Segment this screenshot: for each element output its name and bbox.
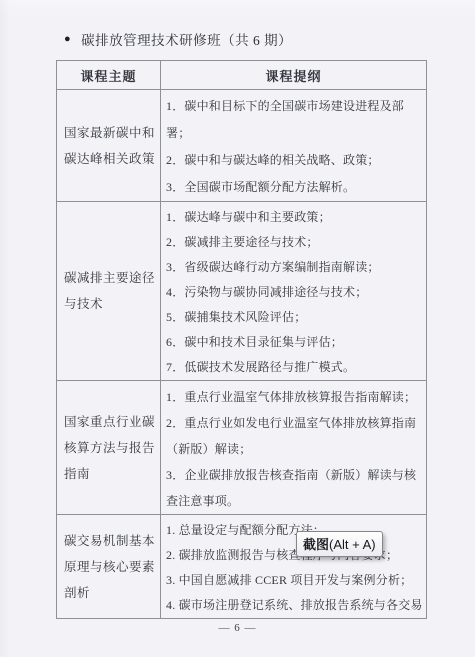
topic-line: 碳达峰相关政策 xyxy=(64,146,158,172)
outline-item: 2. 碳排放监测报告与核查程序与内容要求； xyxy=(166,543,424,568)
tooltip-label: 截图 xyxy=(303,537,329,552)
topic-cell: 碳减排主要途径 与技术 xyxy=(57,202,161,381)
page-number: — 6 — xyxy=(0,622,475,634)
topic-line: 国家重点行业碳 xyxy=(64,409,158,435)
table-row: 碳减排主要途径 与技术 1．碳达峰与碳中和主要政策； 2．碳减排主要途径与技术；… xyxy=(57,202,427,381)
page-title: ● 碳排放管理技术研修班（共 6 期） xyxy=(64,29,292,49)
outline-item: 3. 中国自愿减排 CCER 项目开发与案例分析； xyxy=(166,568,424,593)
topic-line: 碳减排主要途径 xyxy=(64,265,158,291)
bullet-icon: ● xyxy=(64,34,71,45)
topic-line: 原理与核心要素 xyxy=(64,554,158,580)
table-header-row: 课程主题 课程提纲 xyxy=(57,61,427,90)
topic-line: 国家最新碳中和 xyxy=(64,120,158,146)
topic-line: 指南 xyxy=(64,461,158,487)
topic-cell: 碳交易机制基本 原理与核心要素 剖析 xyxy=(57,515,161,619)
topic-cell: 国家重点行业碳 核算方法与报告 指南 xyxy=(57,381,161,515)
column-header-outline: 课程提纲 xyxy=(161,61,427,90)
topic-line: 剖析 xyxy=(64,580,158,606)
outline-item: 3．企业碳排放报告核查指南（新版）解读与核查注意事项。 xyxy=(166,462,424,514)
column-header-topic: 课程主题 xyxy=(57,61,161,90)
topic-line: 与技术 xyxy=(64,291,158,317)
screenshot-tooltip: 截图(Alt + A) xyxy=(296,531,383,557)
outline-item: 3．省级碳达峰行动方案编制指南解读； xyxy=(166,255,424,280)
outline-cell: 1. 总量设定与配额分配方法； 2. 碳排放监测报告与核查程序与内容要求； 3.… xyxy=(161,515,427,619)
topic-line: 核算方法与报告 xyxy=(64,435,158,461)
outline-item: 6．碳中和技术目录征集与评估； xyxy=(166,330,424,355)
outline-item: 3．全国碳市场配额分配方法解析。 xyxy=(166,174,424,201)
outline-item: 5．碳捕集技术风险评估； xyxy=(166,305,424,330)
outline-item: 1．碳达峰与碳中和主要政策； xyxy=(166,205,424,230)
outline-item: 2．碳减排主要途径与技术； xyxy=(166,230,424,255)
outline-item: 4. 碳市场注册登记系统、排放报告系统与各交易 xyxy=(166,593,424,618)
outline-cell: 1．碳中和目标下的全国碳市场建设进程及部署； 2．碳中和与碳达峰的相关战略、政策… xyxy=(161,90,427,202)
outline-cell: 1．碳达峰与碳中和主要政策； 2．碳减排主要途径与技术； 3．省级碳达峰行动方案… xyxy=(161,202,427,381)
tooltip-shortcut: (Alt + A) xyxy=(329,537,376,552)
outline-item: 1. 总量设定与配额分配方法； xyxy=(166,518,424,543)
table-row: 国家最新碳中和 碳达峰相关政策 1．碳中和目标下的全国碳市场建设进程及部署； 2… xyxy=(57,90,427,202)
page-title-text: 碳排放管理技术研修班（共 6 期） xyxy=(81,29,292,49)
outline-item: 2．碳中和与碳达峰的相关战略、政策； xyxy=(166,147,424,174)
document-page: ● 碳排放管理技术研修班（共 6 期） 课程主题 课程提纲 国家最新碳中和 碳达… xyxy=(0,0,475,657)
table-row: 国家重点行业碳 核算方法与报告 指南 1．重点行业温室气体排放核算报告指南解读；… xyxy=(57,381,427,515)
outline-item: 1．碳中和目标下的全国碳市场建设进程及部署； xyxy=(166,93,424,147)
outline-item: 4．污染物与碳协同减排途径与技术； xyxy=(166,280,424,305)
topic-line: 碳交易机制基本 xyxy=(64,528,158,554)
outline-cell: 1．重点行业温室气体排放核算报告指南解读； 2．重点行业如发电行业温室气体排放核… xyxy=(161,381,427,515)
topic-cell: 国家最新碳中和 碳达峰相关政策 xyxy=(57,90,161,202)
outline-item: 7．低碳技术发展路径与推广模式。 xyxy=(166,355,424,380)
outline-item: 1．重点行业温室气体排放核算报告指南解读； xyxy=(166,384,424,410)
outline-item: 2．重点行业如发电行业温室气体排放核算指南（新版）解读； xyxy=(166,410,424,462)
